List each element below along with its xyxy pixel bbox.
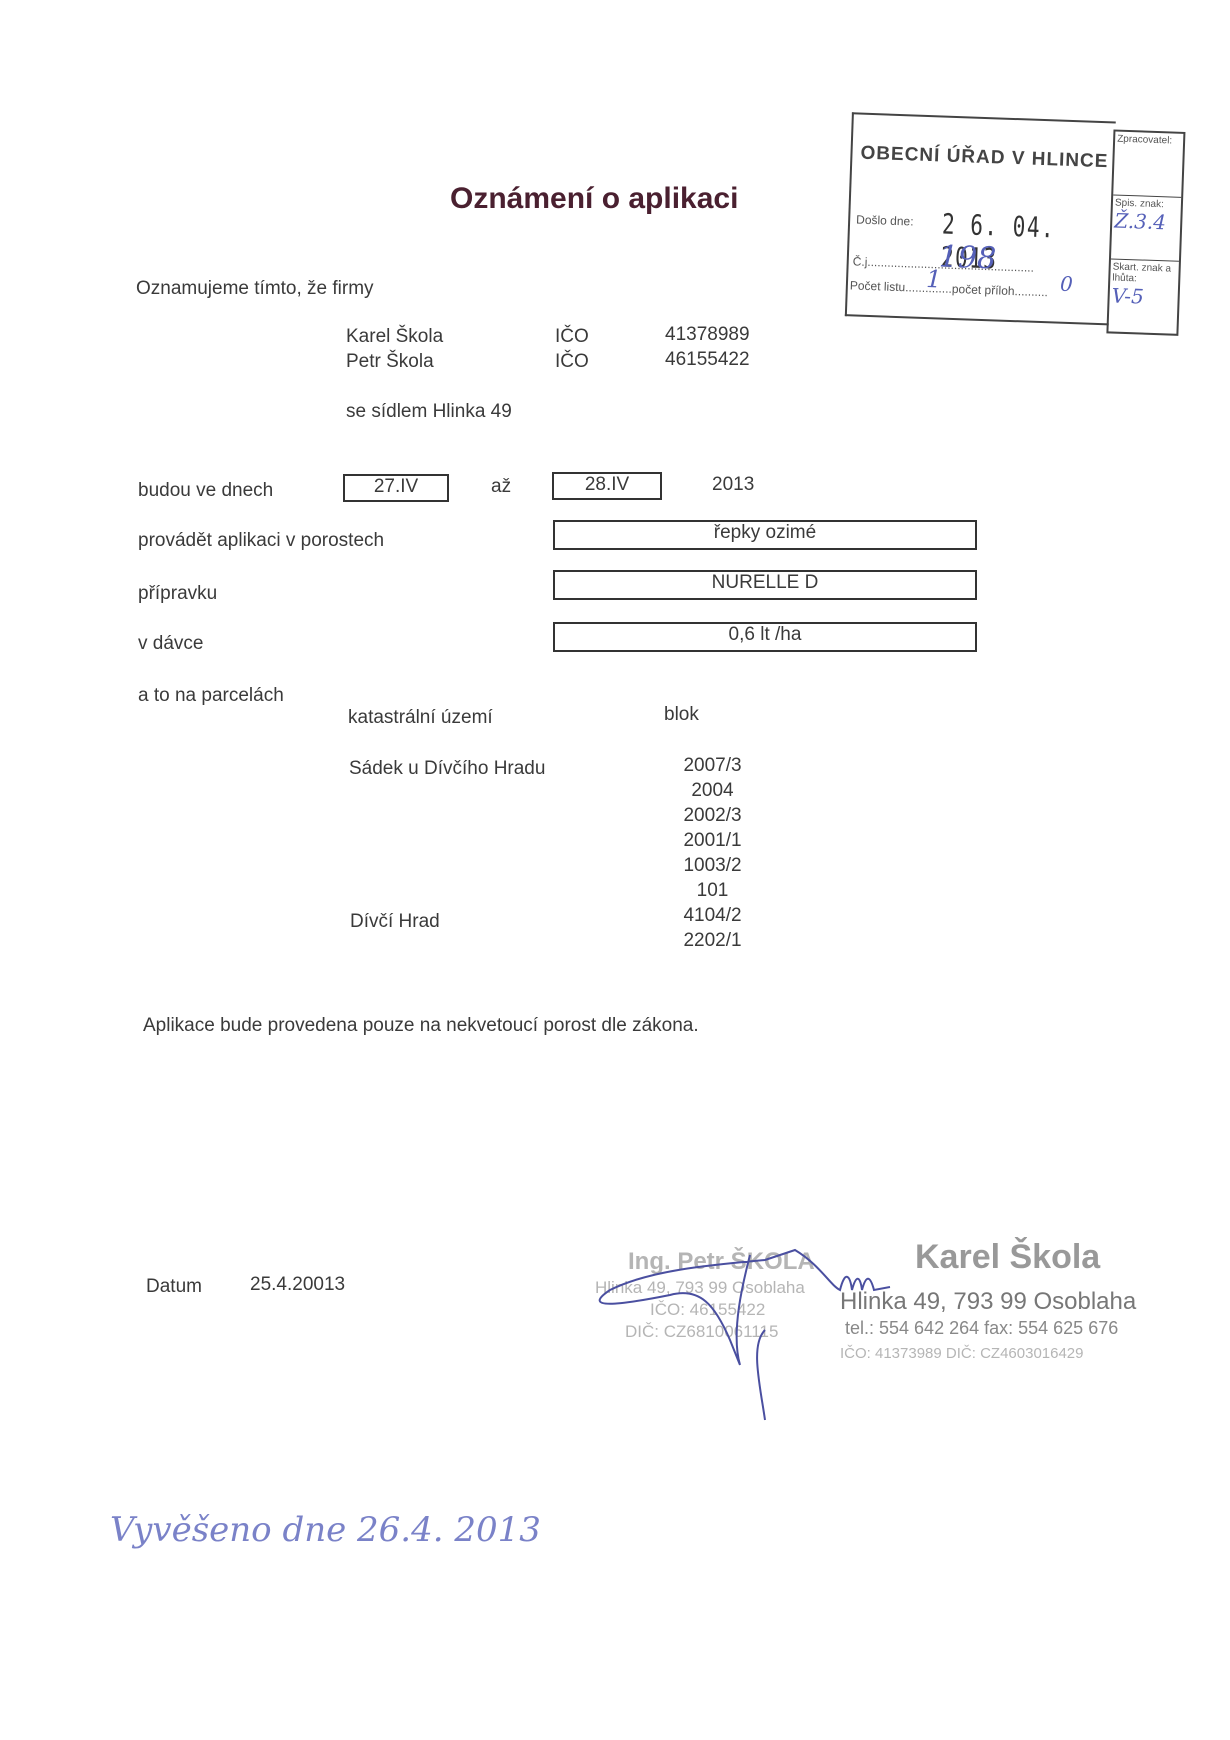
date-from-field: 27.IV [343,474,449,502]
stamp-office: OBECNÍ ÚŘAD V HLINCE [860,143,1109,174]
crop-field: řepky ozimé [553,520,977,550]
dates-label: budou ve dnech [138,480,273,502]
parcel-block: 2004 [640,780,785,802]
stamp-side: Zpracovatel: Spis. znak:Ž.3.4 Skart. zna… [1106,129,1185,335]
product-field: NURELLE D [553,570,977,600]
signature [590,1235,910,1455]
parcel-block: 2007/3 [640,755,785,777]
firm-name: Karel Škola [346,326,443,348]
product-label: přípravku [138,583,217,605]
stamp-file-mark: Spis. znak:Ž.3.4 [1111,195,1181,261]
firm-ico: 46155422 [665,349,750,371]
handwritten-posted-note: Vyvěšeno dne 26.4. 2013 [110,1510,541,1550]
dose-field: 0,6 lt /ha [553,622,977,652]
seat-text: se sídlem Hlinka 49 [346,401,512,423]
stamp-processor: Zpracovatel: [1113,132,1183,198]
registry-stamp: OBECNÍ ÚŘAD V HLINCE Došlo dne: 2 6. 04.… [844,112,1181,343]
crop-label: provádět aplikaci v porostech [138,530,384,552]
stamp-received-label: Došlo dne: [856,213,914,229]
firm-ico-label: IČO [555,326,589,348]
intro-text: Oznamujeme tímto, že firmy [136,278,374,300]
parcel-block: 1003/2 [640,855,785,877]
firm-ico-label: IČO [555,351,589,373]
date-to-field: 28.IV [552,472,662,500]
dates-year: 2013 [712,474,754,496]
stamp-main: OBECNÍ ÚŘAD V HLINCE Došlo dne: 2 6. 04.… [845,112,1116,325]
dose-label: v dávce [138,633,203,655]
parcels-col-block: blok [664,704,699,726]
parcel-area: Sádek u Dívčího Hradu [349,758,545,780]
parcel-block: 2002/3 [640,805,785,827]
parcel-block: 2001/1 [640,830,785,852]
firm-name: Petr Škola [346,351,434,373]
stamp-shred: Skart. znak a lhůta:V-5 [1109,259,1179,325]
stamp-cj-value: 198 [938,239,996,276]
date-value: 25.4.20013 [250,1274,345,1296]
parcel-block: 2202/1 [640,930,785,952]
parcels-col-area: katastrální území [348,707,493,729]
note-text: Aplikace bude provedena pouze na nekveto… [143,1015,699,1037]
parcel-block: 4104/2 [640,905,785,927]
parcel-area: Dívčí Hrad [350,911,440,933]
date-label: Datum [146,1276,202,1298]
stamp-sheets-label: Počet listu..............počet příloh...… [850,278,1048,299]
parcels-label: a to na parcelách [138,685,284,707]
document-title: Oznámení o aplikaci [450,182,738,216]
firm-ico: 41378989 [665,324,750,346]
parcel-block: 101 [640,880,785,902]
dates-to-label: až [491,476,511,498]
stamp-sheets-value: 1 [926,265,942,294]
stamp-attachments-value: 0 [1060,272,1074,296]
